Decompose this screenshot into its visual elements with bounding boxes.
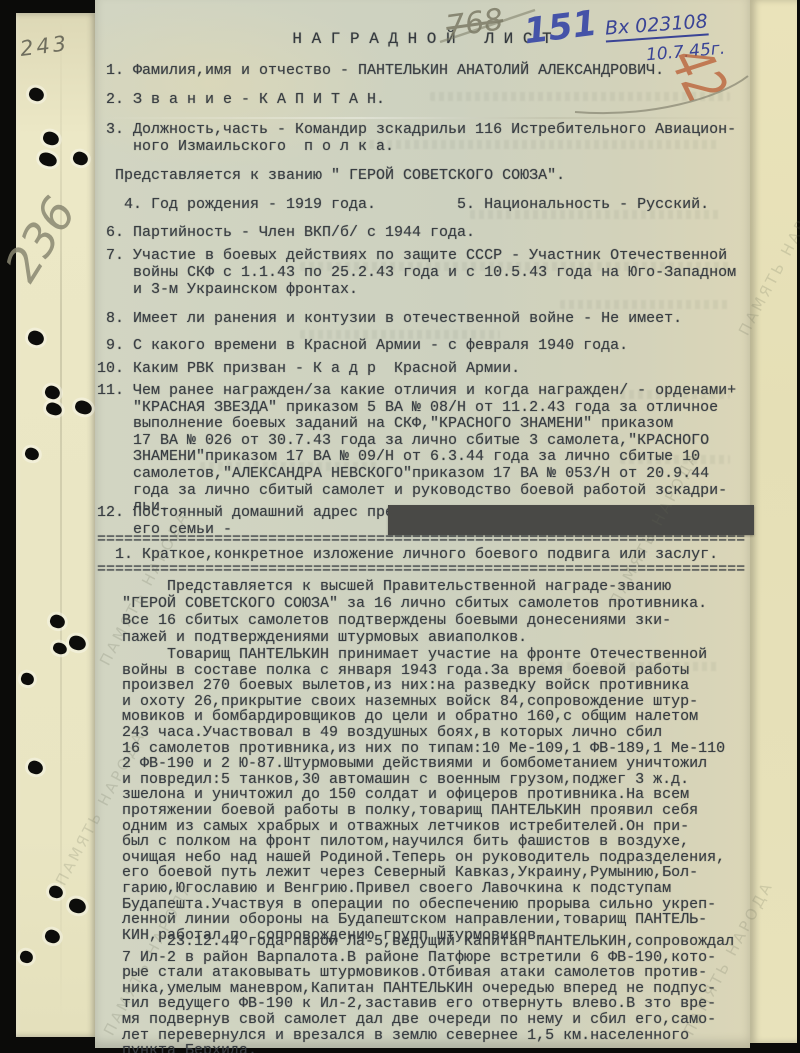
body-line: ника,умелым маневром,Капитан ПАНТЕЛЬКИН …	[122, 981, 734, 997]
form-line: Представляется к званию " ГЕРОЙ СОВЕТСКО…	[97, 167, 565, 184]
body-line: одним из самых храбрых и отважных летчик…	[122, 819, 725, 835]
body-line: пункта Берхида.	[122, 1043, 734, 1053]
paper-crease	[97, 117, 747, 119]
form-line: ного Измаильского п о л к а.	[97, 138, 736, 155]
body-line: 7 Ил-2 в район Варпалота.В районе Патфюр…	[122, 950, 734, 966]
body-line: войны в составе полка с января 1943 года…	[122, 663, 725, 679]
form-line: и 3-м Украинском фронтах.	[97, 281, 736, 298]
form-line: самолетов,"АЛЕКСАНДРА НЕВСКОГО"приказом …	[97, 466, 736, 483]
body-line: ленной линии обороны на Будапештском нап…	[122, 912, 725, 928]
form-line-group-i45: 4. Год рождения - 1919 года. 5. Национал…	[97, 196, 709, 213]
form-line: 2. З в а н и е - К А П И Т А Н.	[97, 91, 385, 108]
body-line: произвел 270 боевых вылетов,из них:на ра…	[122, 678, 725, 694]
body-line: протяжении боевой работы в полку,товарищ…	[122, 803, 725, 819]
form-line: 17 ВА № 026 от 30.7.43 года за лично сби…	[97, 433, 736, 450]
form-line: 9. С какого времени в Красной Армии - с …	[97, 337, 628, 354]
body-line: 243 часа.Участвовал в 49 воздушных боях,…	[122, 725, 725, 741]
body-line: был с полком на фронт пилотом,научился б…	[122, 834, 725, 850]
form-line: "КРАСНАЯ ЗВЕЗДА" приказом 5 ВА № 08/Н от…	[97, 400, 736, 417]
form-line-group-i6: 6. Партийность - Член ВКП/б/ с 1944 года…	[97, 224, 475, 241]
body-line: зшелона и уничтожил до 150 солдат и офиц…	[122, 787, 725, 803]
body-line: лет перевернулся и врезался в землю севе…	[122, 1028, 734, 1044]
form-line-group-i9: 9. С какого времени в Красной Армии - с …	[97, 337, 628, 354]
separator-line: ========================================…	[97, 561, 745, 578]
body-line: и повредил:5 танков,30 автомашин с военн…	[122, 772, 725, 788]
body-line: пажей и подтверждениями штурмовых авиапо…	[122, 629, 707, 646]
body-line: Товарищ ПАНТЕЛЬКИН принимает участие на …	[122, 647, 725, 663]
form-line-group-i10: 10. Каким РВК призван - К а д р Красной …	[97, 360, 520, 377]
body-line: очищая небо над нашей Родиной.Теперь он …	[122, 850, 725, 866]
body-line: 16 самолетов противника,из них по типам:…	[122, 741, 725, 757]
body-line: мя подвернув свой самолет дал две очеред…	[122, 1012, 734, 1028]
body-line-group-p2: Товарищ ПАНТЕЛЬКИН принимает участие на …	[122, 647, 725, 943]
redaction-bar	[388, 505, 754, 535]
form-line: 10. Каким РВК призван - К а д р Красной …	[97, 360, 520, 377]
form-line-group-i1: 1. Фамилия,имя и отчество - ПАНТЕЛЬКИН А…	[97, 62, 664, 79]
body-line-group-p3: 23.12.44 года парой Ла-5,ведущий Капитан…	[122, 934, 734, 1053]
form-line-group-i2: 2. З в а н и е - К А П И Т А Н.	[97, 91, 385, 108]
form-line: 4. Год рождения - 1919 года. 5. Национал…	[97, 196, 709, 213]
form-line: 11. Чем ранее награжден/за какие отличия…	[97, 383, 736, 400]
body-line: рые стали атаковывать штурмовиков.Отбива…	[122, 965, 734, 981]
form-line-group-i7: 7. Участие в боевых действиях по защите …	[97, 247, 736, 298]
body-line: 2 ФВ-190 и 2 Ю-87.Штурмовыми действиями …	[122, 756, 725, 772]
form-line: 1. Фамилия,имя и отчество - ПАНТЕЛЬКИН А…	[97, 62, 664, 79]
body-line: его боевой путь лежит через Северный Кав…	[122, 865, 725, 881]
form-line: выполнение боевых заданий на СКФ,"КРАСНО…	[97, 416, 736, 433]
form-line: ЗНАМЕНИ"приказом 17 ВА № 09/Н от 6.3.44 …	[97, 449, 736, 466]
body-line: 23.12.44 года парой Ла-5,ведущий Капитан…	[122, 934, 734, 950]
body-line: Будапешта.Участвуя в операции по обеспеч…	[122, 897, 725, 913]
form-line: 6. Партийность - Член ВКП/б/ с 1944 года…	[97, 224, 475, 241]
body-line: тил ведущего ФВ-190 к Ил-2,заставив его …	[122, 996, 734, 1012]
form-line-group-i8: 8. Имеет ли ранения и контузии в отечест…	[97, 310, 682, 327]
binding-edge-paper	[16, 13, 97, 1037]
form-line: войны СКФ с 1.1.43 по 25.2.43 года и с 1…	[97, 264, 736, 281]
archival-photo-stage: Н А Г Р А Д Н О Й Л И С Т 1. Фамилия,имя…	[0, 0, 800, 1053]
body-line: мовиков и бомбардировщиков до цели и обр…	[122, 709, 725, 725]
body-line: гарию,Югославию и Венгрию.Привел своего …	[122, 881, 725, 897]
ink-bleedthrough	[560, 300, 730, 309]
body-line: Все 16 сбитых самолетов подтверждены бое…	[122, 612, 707, 629]
form-line: 3. Должность,часть - Командир зскадрильи…	[97, 121, 736, 138]
form-line: 8. Имеет ли ранения и контузии в отечест…	[97, 310, 682, 327]
form-line: 7. Участие в боевых действиях по защите …	[97, 247, 736, 264]
form-line-group-pred: Представляется к званию " ГЕРОЙ СОВЕТСКО…	[97, 167, 565, 184]
form-line-group-i3: 3. Должность,часть - Командир зскадрильи…	[97, 121, 736, 155]
form-line: года за лично сбитый самолет и руководст…	[97, 483, 736, 500]
form-line-group-i11: 11. Чем ранее награжден/за какие отличия…	[97, 383, 736, 516]
